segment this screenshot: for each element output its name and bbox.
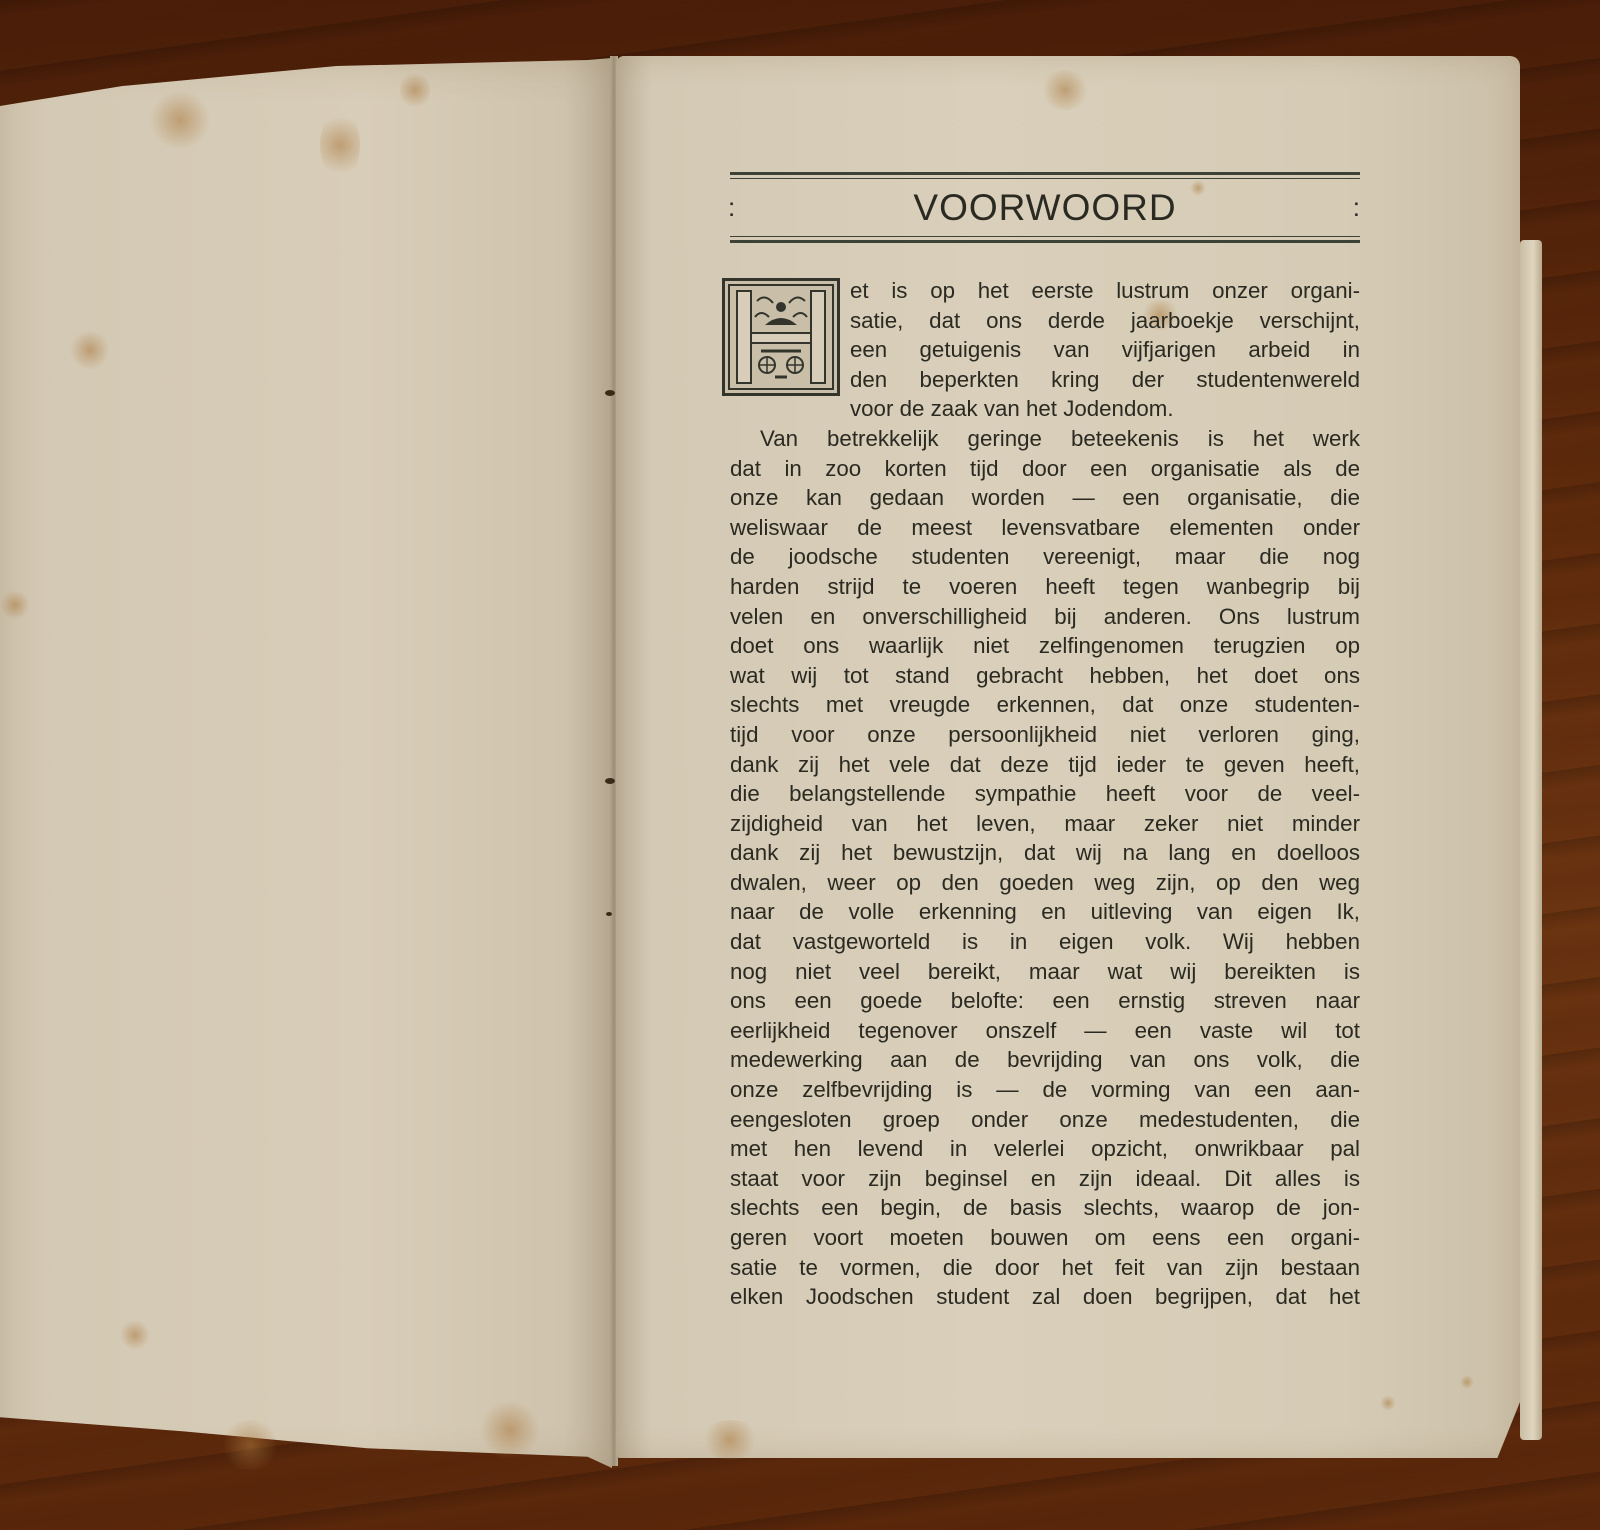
text-line: die belangstellende sympathie heeft voor… [730, 779, 1360, 809]
text-line: eerlijkheid tegenover onszelf — een vast… [730, 1016, 1360, 1046]
foxing-spot [0, 590, 30, 620]
header-rule-bottom [730, 236, 1360, 246]
open-book: : VOORWOORD : [0, 0, 1600, 1530]
text-line: dat vastgeworteld is in eigen volk. Wij … [730, 927, 1360, 957]
text-line: geren voort moeten bouwen om eens een or… [730, 1223, 1360, 1253]
foxing-spot [1380, 1395, 1396, 1411]
preface-body: et is op het eerste lustrum onzer organi… [730, 276, 1360, 1312]
text-line: onze zelfbevrijding is — de vorming van … [730, 1075, 1360, 1105]
text-line: zijdigheid van het leven, maar zeker nie… [730, 809, 1360, 839]
text-line: de joodsche studenten vereenigt, maar di… [730, 542, 1360, 572]
text-line: naar de volle erkenning en uitleving van… [730, 897, 1360, 927]
stitch-hole [605, 778, 615, 784]
text-line: dwalen, weer op den goeden weg zijn, op … [730, 868, 1360, 898]
text-line: eengesloten groep onder onze medestudent… [730, 1105, 1360, 1135]
text-line: dank zij het bewustzijn, dat wij na lang… [730, 838, 1360, 868]
text-line: slechts met vreugde erkennen, dat onze s… [730, 690, 1360, 720]
text-line: staat voor zijn beginsel en zijn ideaal.… [730, 1164, 1360, 1194]
stitch-hole [606, 912, 612, 916]
foxing-spot [1040, 70, 1090, 110]
chapter-header: : VOORWOORD : [730, 180, 1360, 236]
text-line: harden strijd te voeren heeft tegen wanb… [730, 572, 1360, 602]
header-rule-top [730, 170, 1360, 180]
foxing-spot [120, 1320, 150, 1350]
drop-cap-h-icon [725, 281, 837, 393]
text-line: velen en onverschilligheid bij anderen. … [730, 602, 1360, 632]
text-line: ons een goede belofte: een ernstig strev… [730, 986, 1360, 1016]
text-line: elken Joodschen student zal doen begrijp… [730, 1282, 1360, 1312]
text-line: onze kan gedaan worden — een organisatie… [730, 483, 1360, 513]
text-line: medewerking aan de bevrijding van ons vo… [730, 1045, 1360, 1075]
foxing-spot [220, 1420, 280, 1470]
foxing-spot [480, 1400, 540, 1460]
text-line: nog niet veel bereikt, maar wat wij bere… [730, 957, 1360, 987]
text-line: tijd voor onze persoonlijkheid niet verl… [730, 720, 1360, 750]
foxing-spot [320, 110, 360, 180]
text-line: Van betrekkelijk geringe beteekenis is h… [730, 424, 1360, 454]
text-line: dat in zoo korten tijd door een organisa… [730, 454, 1360, 484]
text-line: voor de zaak van het Jodendom. [730, 394, 1360, 424]
foxing-spot [150, 90, 210, 150]
text-line: dank zij het vele dat deze tijd ieder te… [730, 750, 1360, 780]
foxing-spot [700, 1420, 760, 1460]
text-line: satie te vormen, die door het feit van z… [730, 1253, 1360, 1283]
foxing-spot [70, 330, 110, 370]
text-line: slechts een begin, de basis slechts, waa… [730, 1193, 1360, 1223]
text-line: weliswaar de meest levensvatbare element… [730, 513, 1360, 543]
foxing-spot [400, 70, 430, 110]
left-page-blank [0, 58, 612, 1468]
text-line: doet ons waarlijk niet zelfingenomen ter… [730, 631, 1360, 661]
paragraph-2: Van betrekkelijk geringe beteekenis is h… [730, 424, 1360, 1312]
paragraph-1: et is op het eerste lustrum onzer organi… [730, 276, 1360, 424]
chapter-title: VOORWOORD [913, 187, 1176, 229]
header-ornament-left: : [728, 192, 735, 223]
text-line: wat wij tot stand gebracht hebben, het d… [730, 661, 1360, 691]
ornamental-drop-cap-h-icon [722, 278, 840, 396]
text-line: met hen levend in velerlei opzicht, onwr… [730, 1134, 1360, 1164]
preface-text-block: : VOORWOORD : [730, 170, 1360, 1312]
page-stack-edge [1520, 240, 1542, 1440]
foxing-spot [1460, 1375, 1474, 1389]
stitch-hole [605, 390, 615, 396]
header-ornament-right: : [1353, 192, 1360, 223]
